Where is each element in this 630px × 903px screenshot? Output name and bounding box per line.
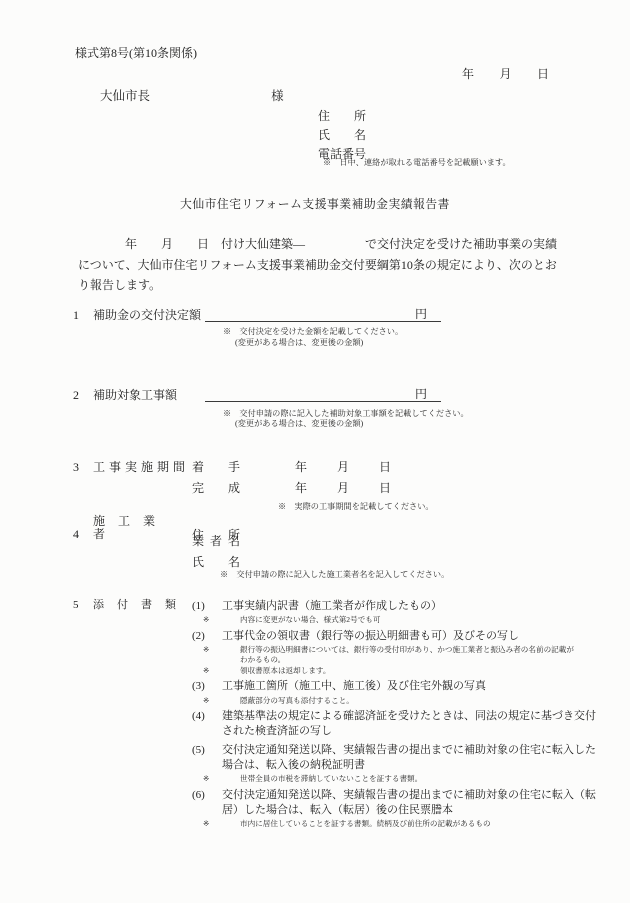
attachments-list: (1) 工事実績内訳書（施工業者が作成したもの） ※ 内容に変更がない場合、様式…	[192, 599, 597, 833]
contractor-company-label: 業者名	[192, 534, 246, 548]
attachments-label: 添付書類	[93, 599, 192, 612]
contractor-company-row: 業者名	[73, 535, 449, 556]
contractor-name-label: 氏 名	[192, 555, 240, 569]
section-attachments: 5 添付書類 (1) 工事実績内訳書（施工業者が作成したもの） ※ 内容に変更が…	[73, 599, 597, 833]
kome-mark: ※	[203, 645, 240, 666]
contractor-note: ※ 交付申請の際に記入した施工業者名を記入してください。	[220, 570, 449, 583]
attachment-note: ※ 銀行等の振込明細書については、銀行等の受付印があり、かつ施工業者と振込み者の…	[203, 645, 597, 666]
start-label: 着 手	[192, 460, 240, 474]
form-number: 様式第8号(第10条関係)	[75, 47, 197, 61]
end-date-line: 年 月 日	[295, 481, 393, 495]
item-number: 2	[73, 388, 93, 402]
attachment-item: (2) 工事代金の領収書（銀行等の振込明細書も可）及びその写し ※ 銀行等の振込…	[192, 629, 597, 677]
work-amount-blank-field: 円	[205, 387, 441, 402]
work-period-label: 工事実施期間	[93, 461, 192, 475]
attachment-text: 場合は、転入後の納税証明書	[222, 758, 597, 773]
attachment-text: 交付決定通知発送以降、実績報告書の提出までに補助対象の住宅に転入した	[222, 743, 597, 758]
attachment-note-text: 隠蔽部分の写真も添付すること。	[240, 696, 585, 706]
document-title: 大仙市住宅リフォーム支援事業補助金実績報告書	[0, 198, 630, 212]
phone-note: ※ 日中、連絡が取れる電話番号を記載願います。	[323, 158, 511, 167]
end-label: 完 成	[192, 481, 240, 495]
intro-line: 年 月 日 付け大仙建築― で交付決定を受けた補助事業の実績	[78, 234, 568, 255]
intro-line: り報告します。	[78, 275, 568, 296]
item-number: 5	[73, 599, 93, 612]
attachment-text: 建築基準法の規定による確認済証を受けたときは、同法の規定に基づき交付	[222, 709, 597, 724]
attachment-text: 工事実績内訳書（施工業者が作成したもの）	[222, 599, 597, 614]
attachment-text: 居）した場合は、転入（転居）後の住民票謄本	[222, 803, 597, 818]
attachment-note-text: わかるもの。	[240, 655, 585, 665]
intro-paragraph: 年 月 日 付け大仙建築― で交付決定を受けた補助事業の実績 について、大仙市住…	[78, 234, 568, 296]
attachment-text: された検査済証の写し	[222, 724, 597, 739]
intro-line: について、大仙市住宅リフォーム支援事業補助金交付要綱第10条の規定により、次のと…	[78, 255, 568, 276]
attachment-number: (4)	[192, 709, 222, 740]
attachment-text: 工事代金の領収書（銀行等の振込明細書も可）及びその写し	[222, 629, 597, 644]
applicant-address-label: 住 所	[318, 107, 366, 126]
work-period-end-row: 完 成年 月 日	[73, 482, 449, 503]
work-period-start-row: 3工事実施期間着 手年 月 日	[73, 461, 449, 482]
kome-mark: ※	[203, 666, 240, 676]
applicant-block: 住 所 氏 名 電話番号	[318, 107, 366, 163]
section-grant-amount: 1 補助金の交付決定額 円	[73, 307, 441, 322]
attachment-note-text: 領収書原本は返却します。	[240, 666, 585, 676]
attachment-item: (1) 工事実績内訳書（施工業者が作成したもの） ※ 内容に変更がない場合、様式…	[192, 599, 597, 626]
grant-amount-blank-field: 円	[205, 307, 441, 322]
work-amount-label: 補助対象工事額	[93, 388, 205, 402]
work-amount-note: ※ 交付申請の際に記入した補助対象工事額を記載してください。	[223, 409, 469, 418]
item-number: 1	[73, 308, 93, 322]
kome-mark: ※	[203, 819, 240, 829]
attachment-item: (4) 建築基準法の規定による確認済証を受けたときは、同法の規定に基づき交付 さ…	[192, 709, 597, 740]
attachment-note-text: 世帯全員の市税を滞納していないことを証する書類。	[240, 774, 585, 784]
addressee-name: 大仙市長	[100, 89, 150, 103]
section-period-contractor: 3工事実施期間着 手年 月 日 完 成年 月 日 ※ 実際の工事期間を記載してく…	[73, 461, 449, 582]
addressee-honorific: 様	[271, 89, 284, 103]
attachment-item: (5) 交付決定通知発送以降、実績報告書の提出までに補助対象の住宅に転入した 場…	[192, 743, 597, 785]
grant-amount-note: ※ 交付決定を受けた金額を記載してください。	[223, 327, 403, 336]
grant-amount-label: 補助金の交付決定額	[93, 308, 205, 322]
item-number: 3	[73, 461, 93, 475]
contractor-address-row: 4施工業者住 所	[73, 515, 449, 536]
kome-mark: ※	[203, 696, 240, 706]
attachment-item: (6) 交付決定通知発送以降、実績報告書の提出までに補助対象の住宅に転入（転 居…	[192, 788, 597, 830]
kome-mark: ※	[203, 615, 240, 625]
applicant-name-label: 氏 名	[318, 126, 366, 145]
grant-amount-subnote: (変更がある場合は、変更後の金額)	[235, 338, 363, 347]
attachment-note: ※ 隠蔽部分の写真も添付すること。	[203, 696, 597, 706]
kome-mark: ※	[203, 774, 240, 784]
document-page: 様式第8号(第10条関係) 年 月 日 大仙市長 様 住 所 氏 名 電話番号 …	[0, 0, 630, 903]
date-line: 年 月 日	[462, 68, 550, 82]
work-period-note: ※ 実際の工事期間を記載してください。	[278, 502, 449, 515]
contractor-name-row: 氏 名	[73, 556, 449, 570]
attachment-note-text: 市内に居住していることを証する書類。続柄及び前住所の記載があるもの	[240, 819, 585, 829]
attachment-note: ※ 世帯全員の市税を滞納していないことを証する書類。	[203, 774, 597, 784]
section-work-amount: 2 補助対象工事額 円	[73, 387, 441, 402]
attachment-note-text: 内容に変更がない場合、様式第2号でも可	[240, 615, 585, 625]
yen-unit: 円	[415, 307, 427, 321]
attachment-note: ※ 領収書原本は返却します。	[203, 666, 597, 676]
attachment-note-text: 銀行等の振込明細書については、銀行等の受付印があり、かつ施工業者と振込み者の名前…	[240, 645, 585, 655]
attachment-item: (3) 工事施工箇所（施工中、施工後）及び住宅外観の写真 ※ 隠蔽部分の写真も添…	[192, 679, 597, 706]
yen-unit: 円	[415, 387, 427, 401]
attachment-text: 工事施工箇所（施工中、施工後）及び住宅外観の写真	[222, 679, 597, 694]
work-amount-subnote: (変更がある場合は、変更後の金額)	[235, 419, 363, 428]
start-date-line: 年 月 日	[295, 460, 393, 474]
attachment-note: ※ 市内に居住していることを証する書類。続柄及び前住所の記載があるもの	[203, 819, 597, 829]
addressee-line: 大仙市長 様	[100, 89, 284, 103]
attachment-text: 交付決定通知発送以降、実績報告書の提出までに補助対象の住宅に転入（転	[222, 788, 597, 803]
attachment-note: ※ 内容に変更がない場合、様式第2号でも可	[203, 615, 597, 625]
